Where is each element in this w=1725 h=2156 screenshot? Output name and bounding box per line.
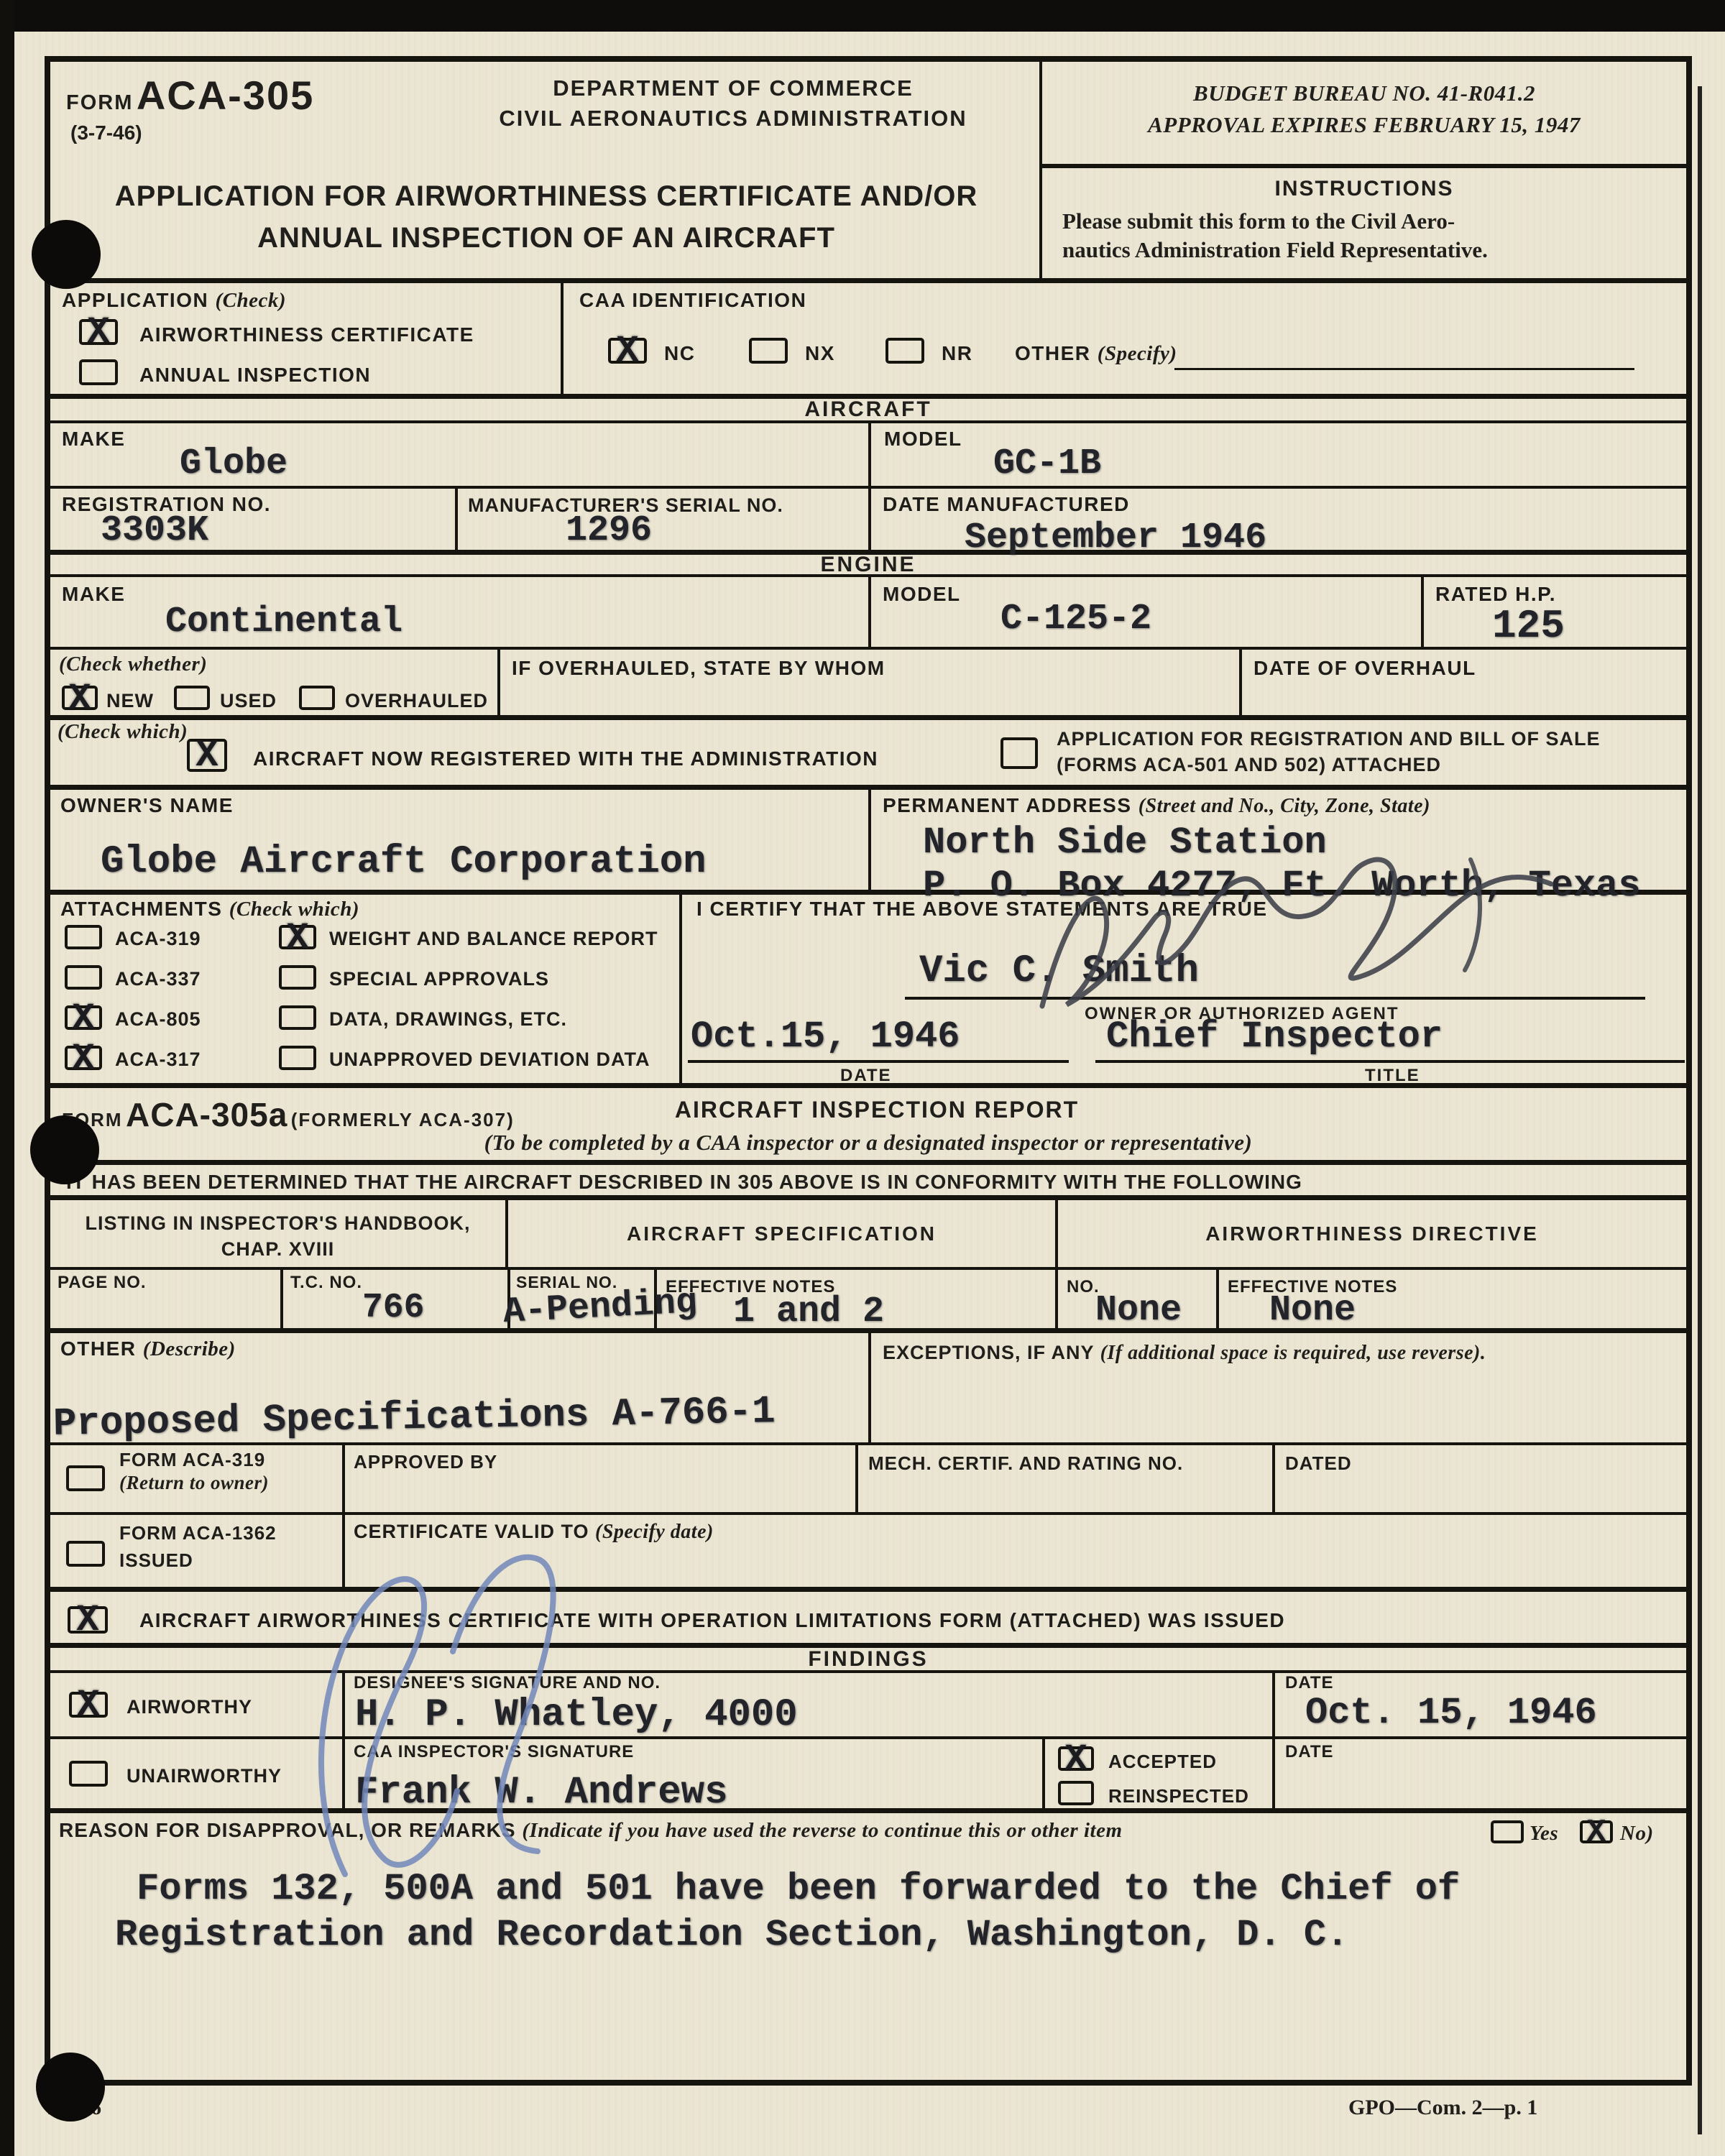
checkbox-aca-337[interactable] bbox=[65, 965, 102, 990]
aircraft-model-label: MODEL bbox=[884, 428, 962, 451]
engine-model-label: MODEL bbox=[883, 583, 961, 606]
airworthiness-certificate-label: AIRWORTHINESS CERTIFICATE bbox=[139, 323, 474, 346]
special-approvals-label: SPECIAL APPROVALS bbox=[329, 968, 549, 990]
form-number: ACA-305 bbox=[137, 73, 314, 118]
engine-model-value: C-125-2 bbox=[1000, 599, 1151, 640]
directive-no-value: None bbox=[1095, 1290, 1182, 1331]
reinspected-label: REINSPECTED bbox=[1108, 1785, 1249, 1807]
checkbox-nc[interactable]: X bbox=[608, 338, 647, 364]
overhaul-date-label: DATE OF OVERHAUL bbox=[1253, 657, 1476, 680]
aircraft-registration-row: REGISTRATION NO. 3303K MANUFACTURER'S SE… bbox=[50, 489, 1686, 555]
owner-name-cell: OWNER'S NAME Globe Aircraft Corporation bbox=[50, 790, 868, 890]
checkbox-airworthy[interactable]: X bbox=[69, 1692, 108, 1718]
mech-certif-label: MECH. CERTIF. AND RATING NO. bbox=[868, 1452, 1183, 1475]
aircraft-make-row: MAKE Globe MODEL GC-1B bbox=[50, 423, 1686, 489]
header-row: FORM ACA-305 (3-7-46) DEPARTMENT OF COMM… bbox=[50, 62, 1686, 283]
owner-name-value: Globe Aircraft Corporation bbox=[101, 840, 707, 884]
checkbox-weight-balance[interactable]: X bbox=[279, 925, 316, 949]
dated-label: DATED bbox=[1285, 1452, 1352, 1475]
directive-header: AIRWORTHINESS DIRECTIVE bbox=[1205, 1222, 1539, 1245]
remarks-yes-label: Yes bbox=[1529, 1822, 1558, 1846]
rated-hp-cell: RATED H.P. 125 bbox=[1421, 577, 1686, 647]
findings-date1-label: DATE bbox=[1285, 1673, 1334, 1693]
aircraft-make-label: MAKE bbox=[62, 428, 125, 451]
nc-label: NC bbox=[664, 342, 695, 365]
aca319-cell: FORM ACA-319 (Return to owner) bbox=[50, 1445, 342, 1512]
issued-label: ISSUED bbox=[119, 1549, 193, 1572]
effective-notes-value: 1 and 2 bbox=[733, 1291, 884, 1332]
checkbox-aca-805[interactable]: X bbox=[65, 1005, 102, 1030]
new-label: NEW bbox=[106, 690, 154, 712]
overhauled-by-label: IF OVERHAULED, STATE BY WHOM bbox=[512, 657, 885, 680]
other-describe-value: Proposed Specifications A-766-1 bbox=[53, 1390, 776, 1447]
scan-edge-top bbox=[0, 0, 1725, 32]
directive-no-cell: NO. None bbox=[1055, 1270, 1216, 1328]
checkbox-annual-inspection[interactable] bbox=[79, 359, 118, 385]
serial-no-cell: MANUFACTURER'S SERIAL NO. 1296 bbox=[455, 489, 868, 550]
header-left: FORM ACA-305 (3-7-46) DEPARTMENT OF COMM… bbox=[50, 62, 1039, 278]
other-specify-line[interactable] bbox=[1174, 368, 1634, 370]
permanent-address-label: PERMANENT ADDRESS (Street and No., City,… bbox=[883, 794, 1430, 818]
aca319-row: FORM ACA-319 (Return to owner) APPROVED … bbox=[50, 1445, 1686, 1515]
checkbox-nr[interactable] bbox=[885, 338, 924, 364]
other-label: OTHER (Specify) bbox=[1015, 342, 1177, 366]
accepted-label: ACCEPTED bbox=[1108, 1751, 1217, 1773]
application-row: APPLICATION (Check) X AIRWORTHINESS CERT… bbox=[50, 283, 1686, 399]
registration-no-cell: REGISTRATION NO. 3303K bbox=[50, 489, 455, 550]
directive-notes-cell: EFFECTIVE NOTES None bbox=[1216, 1270, 1686, 1328]
instructions-line1: Please submit this form to the Civil Aer… bbox=[1062, 208, 1686, 234]
aca-317-label: ACA-317 bbox=[115, 1049, 201, 1071]
checkbox-nx[interactable] bbox=[749, 338, 788, 364]
overhauled-label: OVERHAULED bbox=[345, 690, 488, 712]
determination-text: IT HAS BEEN DETERMINED THAT THE AIRCRAFT… bbox=[66, 1171, 1302, 1194]
exceptions-cell: EXCEPTIONS, IF ANY (If additional space … bbox=[868, 1333, 1686, 1442]
aircraft-model-cell: MODEL GC-1B bbox=[868, 423, 1686, 486]
inspection-report-title: AIRCRAFT INSPECTION REPORT bbox=[553, 1097, 1200, 1123]
date-manufactured-value: September 1946 bbox=[965, 517, 1266, 558]
approved-by-label: APPROVED BY bbox=[354, 1451, 497, 1473]
engine-model-cell: MODEL C-125-2 bbox=[868, 577, 1421, 647]
nr-label: NR bbox=[942, 342, 972, 365]
mech-certif-cell: MECH. CERTIF. AND RATING NO. bbox=[855, 1445, 1272, 1512]
used-label: USED bbox=[220, 690, 277, 712]
other-describe-label: OTHER (Describe) bbox=[60, 1337, 236, 1361]
listing-header-line2: CHAP. XVIII bbox=[50, 1236, 505, 1262]
scan-edge-right bbox=[1698, 86, 1702, 2134]
approved-by-cell: APPROVED BY bbox=[342, 1445, 855, 1512]
registration-status-row: (Check which) X AIRCRAFT NOW REGISTERED … bbox=[50, 720, 1686, 790]
caa-identification-label: CAA IDENTIFICATION bbox=[579, 289, 806, 312]
listing-header-cell: LISTING IN INSPECTOR'S HANDBOOK, CHAP. X… bbox=[50, 1200, 505, 1267]
form-number-block: FORM ACA-305 (3-7-46) bbox=[66, 72, 314, 144]
checkbox-airworthiness-certificate[interactable]: X bbox=[79, 319, 118, 345]
determination-bar: IT HAS BEEN DETERMINED THAT THE AIRCRAFT… bbox=[50, 1165, 1686, 1200]
punch-hole-icon bbox=[36, 2053, 105, 2122]
spec-table-header-row: LISTING IN INSPECTOR'S HANDBOOK, CHAP. X… bbox=[50, 1200, 1686, 1270]
other-describe-cell: OTHER (Describe) Proposed Specifications… bbox=[50, 1333, 868, 1442]
checkbox-accepted[interactable]: X bbox=[1058, 1746, 1094, 1771]
checkbox-registered[interactable]: X bbox=[187, 739, 227, 772]
aircraft-section-title: AIRCRAFT bbox=[804, 397, 931, 422]
checkbox-reinspected[interactable] bbox=[1058, 1781, 1094, 1805]
check-whether-label: (Check whether) bbox=[59, 653, 207, 676]
tc-no-value: 766 bbox=[362, 1289, 424, 1327]
checkbox-cert-issued[interactable]: X bbox=[68, 1606, 108, 1634]
agency-block: DEPARTMENT OF COMMERCE CIVIL AERONAUTICS… bbox=[438, 73, 1028, 134]
findings-date2-cell: DATE bbox=[1272, 1739, 1686, 1808]
registered-label: AIRCRAFT NOW REGISTERED WITH THE ADMINIS… bbox=[253, 747, 878, 770]
gpo-stamp: GPO—Com. 2—p. 1 bbox=[1348, 2096, 1537, 2120]
form-aca-319-label: FORM ACA-319 (Return to owner) bbox=[119, 1448, 328, 1494]
unapproved-deviation-label: UNAPPROVED DEVIATION DATA bbox=[329, 1049, 650, 1071]
spec-table-values-row: PAGE NO. T.C. NO. 766 SERIAL NO. EFFECTI… bbox=[50, 1270, 1686, 1333]
form-title-line1: APPLICATION FOR AIRWORTHINESS CERTIFICAT… bbox=[101, 175, 992, 217]
budget-bureau-block: BUDGET BUREAU NO. 41-R041.2 APPROVAL EXP… bbox=[1042, 62, 1686, 168]
aircraft-model-value: GC-1B bbox=[993, 443, 1101, 484]
aca-319-label: ACA-319 bbox=[115, 928, 201, 950]
tc-no-label: T.C. NO. bbox=[290, 1273, 362, 1293]
findings-date2-label: DATE bbox=[1285, 1742, 1334, 1762]
checkbox-used[interactable] bbox=[174, 686, 210, 710]
date-label: DATE bbox=[840, 1066, 892, 1086]
form-label: FORM bbox=[66, 91, 133, 114]
rated-hp-value: 125 bbox=[1492, 603, 1565, 649]
administration-name: CIVIL AERONAUTICS ADMINISTRATION bbox=[438, 103, 1028, 134]
form-305a-formerly: (FORMERLY ACA-307) bbox=[291, 1109, 515, 1130]
attachments-cell: ATTACHMENTS (Check which) ACA-319 ACA-33… bbox=[50, 895, 679, 1083]
spec-header-cell: AIRCRAFT SPECIFICATION bbox=[505, 1200, 1055, 1267]
budget-bureau-no: BUDGET BUREAU NO. 41-R041.2 bbox=[1042, 80, 1686, 106]
directive-no-label: NO. bbox=[1067, 1277, 1100, 1297]
aircraft-section-banner: AIRCRAFT bbox=[50, 399, 1686, 423]
department-name: DEPARTMENT OF COMMERCE bbox=[438, 73, 1028, 103]
punch-hole-icon bbox=[32, 220, 101, 289]
scan-edge-left bbox=[0, 0, 14, 2156]
checkbox-special-approvals[interactable] bbox=[279, 965, 316, 990]
date-manufactured-label: DATE MANUFACTURED bbox=[883, 493, 1130, 516]
form-revision-date: (3-7-46) bbox=[70, 121, 314, 144]
aca-805-label: ACA-805 bbox=[115, 1008, 201, 1031]
annual-inspection-label: ANNUAL INSPECTION bbox=[139, 364, 371, 387]
aca-337-label: ACA-337 bbox=[115, 968, 201, 990]
overhaul-date-cell: DATE OF OVERHAUL bbox=[1239, 650, 1686, 715]
other-row: OTHER (Describe) Proposed Specifications… bbox=[50, 1333, 1686, 1445]
data-drawings-label: DATA, DRAWINGS, ETC. bbox=[329, 1008, 567, 1031]
weight-balance-label: WEIGHT AND BALANCE REPORT bbox=[329, 928, 658, 950]
page-no-cell: PAGE NO. bbox=[50, 1270, 280, 1328]
serial-no-value: 1296 bbox=[566, 510, 652, 551]
application-label: APPLICATION (Check) bbox=[62, 289, 286, 313]
owner-name-label: OWNER'S NAME bbox=[60, 794, 234, 817]
engine-make-row: MAKE Continental MODEL C-125-2 RATED H.P… bbox=[50, 577, 1686, 650]
engine-condition-cell: (Check whether) X NEW USED OVERHAULED bbox=[50, 650, 497, 715]
registration-no-value: 3303K bbox=[101, 510, 208, 551]
tc-no-cell: T.C. NO. 766 bbox=[280, 1270, 507, 1328]
checkbox-form-aca-319[interactable] bbox=[66, 1465, 105, 1491]
instructions-title: INSTRUCTIONS bbox=[1042, 177, 1686, 201]
airworthy-label: AIRWORTHY bbox=[126, 1696, 252, 1718]
application-cell: APPLICATION (Check) X AIRWORTHINESS CERT… bbox=[50, 283, 561, 394]
inspection-report-subtitle: (To be completed by a CAA inspector or a… bbox=[50, 1130, 1686, 1156]
checkbox-aca-319[interactable] bbox=[65, 925, 102, 949]
form-title-line2: ANNUAL INSPECTION OF AN AIRCRAFT bbox=[101, 217, 992, 259]
checkbox-data-drawings[interactable] bbox=[279, 1005, 316, 1030]
directive-notes-value: None bbox=[1269, 1290, 1356, 1331]
engine-make-value: Continental bbox=[165, 602, 402, 642]
engine-make-label: MAKE bbox=[62, 583, 125, 606]
aircraft-make-value: Globe bbox=[180, 443, 287, 484]
approval-expires: APPROVAL EXPIRES FEBRUARY 15, 1947 bbox=[1042, 112, 1686, 138]
date-line[interactable] bbox=[688, 1060, 1069, 1063]
certify-date-value: Oct.15, 1946 bbox=[691, 1015, 960, 1058]
nx-label: NX bbox=[805, 342, 835, 365]
checkbox-unairworthy[interactable] bbox=[69, 1761, 108, 1787]
engine-make-cell: MAKE Continental bbox=[50, 577, 868, 647]
accepted-cell: X ACCEPTED REINSPECTED bbox=[1042, 1739, 1272, 1808]
checkbox-overhauled[interactable] bbox=[299, 686, 335, 710]
application-bill-label: APPLICATION FOR REGISTRATION AND BILL OF… bbox=[1057, 726, 1601, 778]
header-right: BUDGET BUREAU NO. 41-R041.2 APPROVAL EXP… bbox=[1039, 62, 1686, 278]
directive-header-cell: AIRWORTHINESS DIRECTIVE bbox=[1055, 1200, 1686, 1267]
designee-ink-signature bbox=[237, 1515, 611, 1889]
listing-header-line1: LISTING IN INSPECTOR'S HANDBOOK, bbox=[50, 1210, 505, 1236]
checkbox-application-bill[interactable] bbox=[1000, 737, 1038, 769]
title-label: TITLE bbox=[1365, 1066, 1420, 1086]
checkbox-remarks-yes[interactable] bbox=[1491, 1820, 1524, 1843]
caa-identification-cell: CAA IDENTIFICATION X NC NX NR OTHER (Spe… bbox=[561, 283, 1686, 394]
findings-date1-cell: DATE Oct. 15, 1946 bbox=[1272, 1673, 1686, 1736]
form-305a-number: ACA-305a bbox=[126, 1096, 287, 1133]
title-line[interactable] bbox=[1095, 1060, 1685, 1063]
spec-header: AIRCRAFT SPECIFICATION bbox=[627, 1222, 937, 1245]
instructions-line2: nautics Administration Field Representat… bbox=[1062, 237, 1686, 263]
inspection-report-header: FORM ACA-305a (FORMERLY ACA-307) AIRCRAF… bbox=[50, 1088, 1686, 1165]
engine-section-banner: ENGINE bbox=[50, 555, 1686, 577]
form-title: APPLICATION FOR AIRWORTHINESS CERTIFICAT… bbox=[101, 175, 992, 259]
check-which-label: (Check which) bbox=[57, 720, 188, 744]
form-305a-block: FORM ACA-305a (FORMERLY ACA-307) bbox=[62, 1095, 515, 1134]
punch-hole-icon bbox=[30, 1115, 99, 1184]
checkbox-unapproved-deviation[interactable] bbox=[279, 1046, 316, 1070]
instructions-block: INSTRUCTIONS Please submit this form to … bbox=[1042, 168, 1686, 278]
aircraft-make-cell: MAKE Globe bbox=[50, 423, 868, 486]
checkbox-remarks-no[interactable]: X bbox=[1580, 1820, 1613, 1843]
remarks-text-line2: Registration and Recordation Section, Wa… bbox=[115, 1914, 1348, 1956]
owner-ink-signature bbox=[1013, 834, 1574, 1035]
remarks-no-label: No) bbox=[1620, 1822, 1654, 1846]
checkbox-form-aca-1362[interactable] bbox=[66, 1541, 105, 1567]
date-manufactured-cell: DATE MANUFACTURED September 1946 bbox=[868, 489, 1686, 550]
page-no-label: PAGE NO. bbox=[57, 1273, 147, 1293]
engine-section-title: ENGINE bbox=[820, 553, 916, 577]
findings-date1-value: Oct. 15, 1946 bbox=[1305, 1692, 1597, 1734]
attachments-label: ATTACHMENTS (Check which) bbox=[60, 898, 359, 921]
findings-title: FINDINGS bbox=[808, 1647, 928, 1672]
checkbox-aca-317[interactable]: X bbox=[65, 1046, 102, 1070]
exceptions-label: EXCEPTIONS, IF ANY (If additional space … bbox=[883, 1339, 1659, 1367]
engine-condition-row: (Check whether) X NEW USED OVERHAULED IF… bbox=[50, 650, 1686, 720]
checkbox-new[interactable]: X bbox=[62, 686, 98, 710]
dated-cell: DATED bbox=[1272, 1445, 1686, 1512]
overhauled-by-cell: IF OVERHAULED, STATE BY WHOM bbox=[497, 650, 1239, 715]
scanned-form-page: FORM ACA-305 (3-7-46) DEPARTMENT OF COMM… bbox=[0, 0, 1725, 2156]
